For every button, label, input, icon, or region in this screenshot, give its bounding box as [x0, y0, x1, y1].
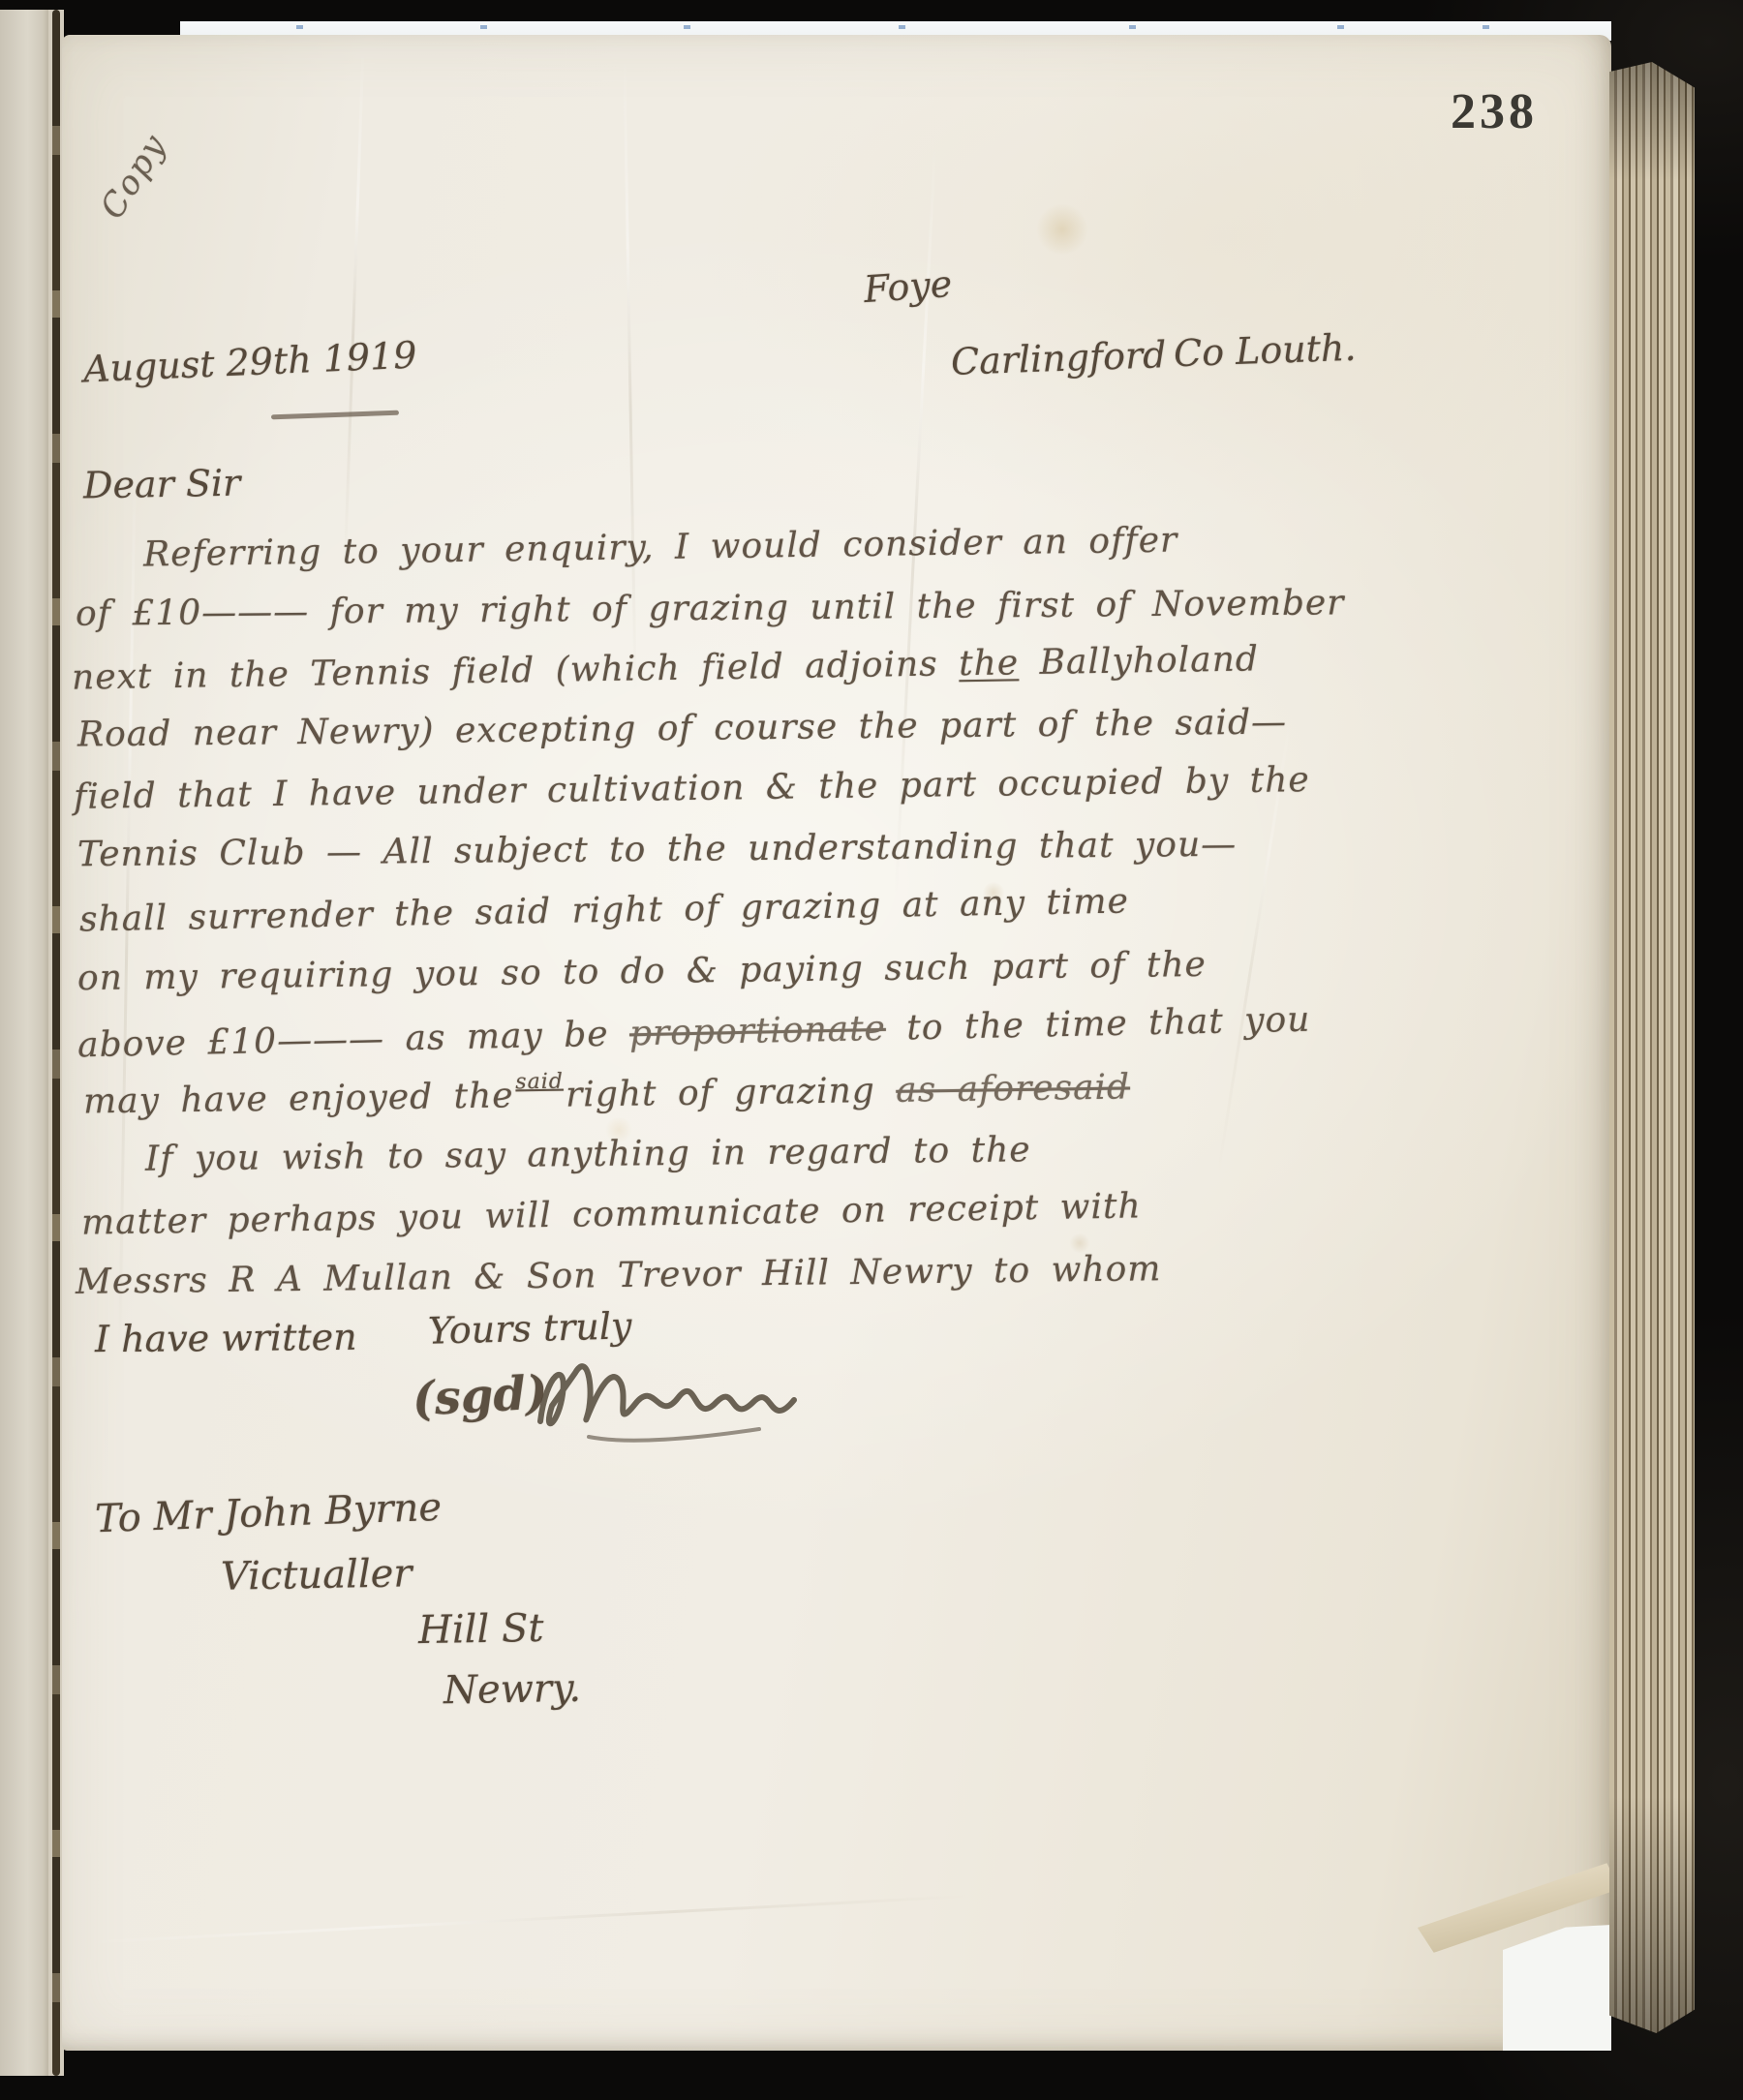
binding-stitches [52, 10, 60, 2076]
paper-crease [82, 1895, 972, 1944]
salutation: Dear Sir [83, 462, 241, 507]
calibration-tick [1129, 25, 1136, 29]
struck-text: proportionate [629, 1009, 887, 1054]
recipient-town: Newry. [443, 1666, 582, 1713]
closing-text: I have written [95, 1316, 357, 1360]
book-scan: 238 Copy Foye Carlingford Co Louth. Augu… [0, 0, 1743, 2100]
page-number-stamp: 238 [1451, 83, 1538, 140]
handwritten-text: right of grazing [566, 1071, 897, 1115]
book-fore-edge [1609, 62, 1695, 2033]
letterhead-house: Foye [863, 262, 954, 311]
handwritten-text: the [959, 643, 1020, 684]
recipient-occupation: Victualler [221, 1551, 413, 1598]
signature-scrawl [531, 1344, 811, 1465]
handwritten-text: may have enjoyed the [83, 1076, 514, 1121]
inserted-text: said [515, 1070, 564, 1095]
recipient-street: Hill St [418, 1606, 544, 1653]
letterhead-county: Co Louth. [1173, 326, 1357, 376]
calibration-tick [480, 25, 487, 29]
calibration-tick [1337, 25, 1344, 29]
letterhead-town: Carlingford [950, 333, 1167, 383]
signed-label: (sgd) [412, 1365, 549, 1426]
paper-crease [344, 49, 365, 572]
paper-stain [1035, 204, 1089, 255]
calibration-tick [296, 25, 303, 29]
calibration-tick [899, 25, 905, 29]
handwritten-text: Ballyholand [1019, 639, 1259, 683]
calibration-tick [1483, 25, 1489, 29]
facing-page-edge [0, 10, 50, 2076]
struck-text: as aforesaid [896, 1067, 1130, 1110]
calibration-tick [684, 25, 690, 29]
